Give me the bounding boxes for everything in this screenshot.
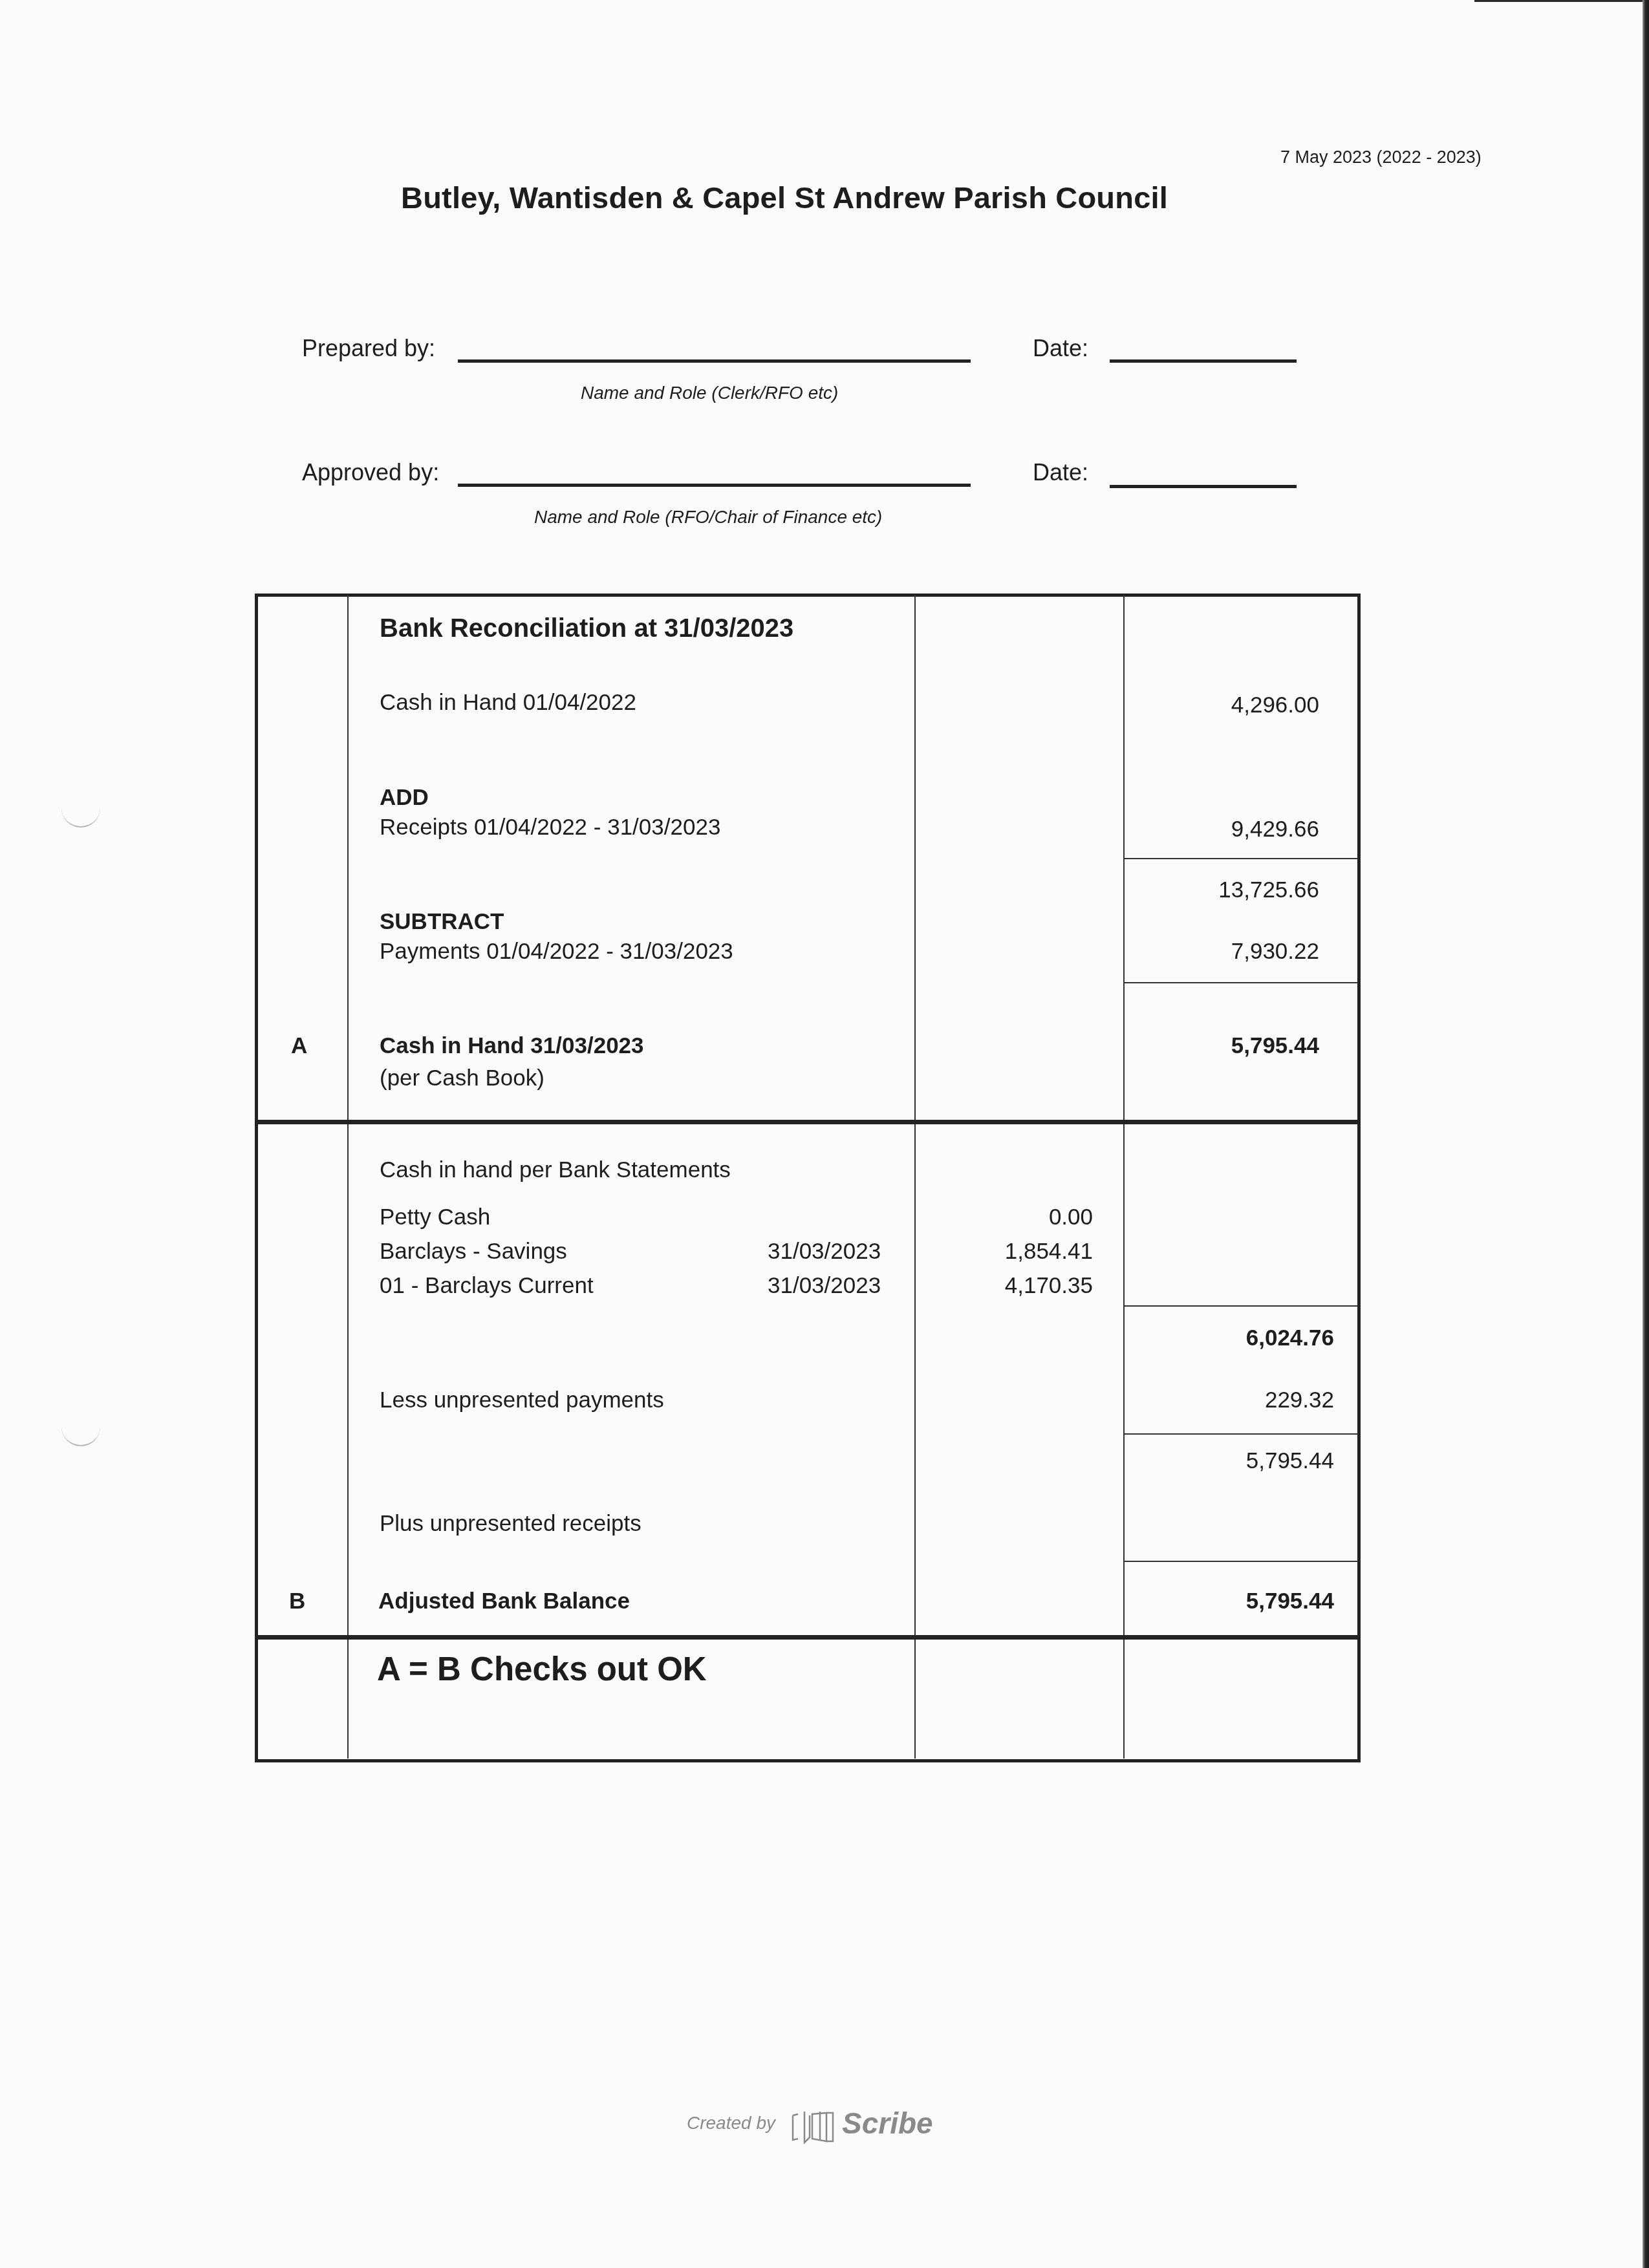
- subtotal-rule: [1124, 1433, 1358, 1435]
- marker-a: A: [291, 1033, 307, 1059]
- prepared-date-label: Date:: [1033, 335, 1088, 362]
- opening-balance-label: Cash in Hand 01/04/2022: [380, 690, 636, 716]
- receipts-amount: 9,429.66: [1231, 817, 1319, 842]
- account-date: 31/03/2023: [768, 1239, 881, 1265]
- subtotal-rule: [1124, 1561, 1358, 1562]
- opening-balance-amount: 4,296.00: [1231, 692, 1319, 718]
- section-divider: [256, 1635, 1358, 1640]
- bank-statements-heading: Cash in hand per Bank Statements: [380, 1157, 731, 1183]
- prepared-date-field[interactable]: [1110, 359, 1297, 363]
- prepared-by-label: Prepared by:: [302, 335, 435, 362]
- account-date: 31/03/2023: [768, 1273, 881, 1299]
- unpresented-payments-label: Less unpresented payments: [380, 1387, 664, 1413]
- cash-book-label: Cash in Hand 31/03/2023: [380, 1033, 644, 1059]
- unpresented-payments-amount: 229.32: [1265, 1387, 1334, 1413]
- marker-b: B: [289, 1589, 305, 1614]
- approved-date-label: Date:: [1033, 459, 1088, 486]
- subtract-heading: SUBTRACT: [380, 909, 504, 935]
- cash-book-amount: 5,795.44: [1231, 1033, 1319, 1059]
- subtotal-rule: [1124, 1305, 1358, 1307]
- date-stamp: 7 May 2023 (2022 - 2023): [1280, 147, 1482, 167]
- subtotal-rule: [1124, 858, 1358, 859]
- punch-hole: [61, 1419, 100, 1446]
- adjusted-balance-amount: 5,795.44: [1246, 1589, 1334, 1614]
- punch-hole: [61, 800, 100, 828]
- page-title: Butley, Wantisden & Capel St Andrew Pari…: [401, 180, 1168, 215]
- subtotal-amount: 13,725.66: [1218, 877, 1319, 903]
- created-by-label: Created by: [687, 2113, 775, 2134]
- column-divider: [347, 595, 349, 1759]
- check-result: A = B Checks out OK: [377, 1650, 707, 1688]
- section-divider: [256, 1120, 1358, 1124]
- account-name: 01 - Barclays Current: [380, 1273, 594, 1299]
- scan-edge: [1643, 0, 1649, 2268]
- approved-by-label: Approved by:: [302, 459, 439, 486]
- scribe-brand: Scribe: [842, 2106, 933, 2141]
- account-amount: 1,854.41: [1005, 1239, 1093, 1265]
- approved-date-field[interactable]: [1110, 485, 1297, 488]
- scribe-logo-icon: [790, 2108, 837, 2150]
- adjusted-balance-label: Adjusted Bank Balance: [378, 1589, 630, 1614]
- account-amount: 0.00: [1049, 1204, 1093, 1230]
- payments-amount: 7,930.22: [1231, 939, 1319, 965]
- accounts-total: 6,024.76: [1246, 1325, 1334, 1351]
- prepared-by-field[interactable]: [458, 359, 971, 363]
- subtotal-rule: [1124, 982, 1358, 983]
- column-divider: [914, 595, 916, 1759]
- receipts-label: Receipts 01/04/2022 - 31/03/2023: [380, 815, 720, 840]
- approved-by-field[interactable]: [458, 484, 971, 487]
- unpresented-receipts-label: Plus unpresented receipts: [380, 1511, 641, 1537]
- add-heading: ADD: [380, 785, 429, 811]
- account-amount: 4,170.35: [1005, 1273, 1093, 1299]
- prepared-by-caption: Name and Role (Clerk/RFO etc): [581, 383, 838, 403]
- cash-book-sublabel: (per Cash Book): [380, 1065, 544, 1091]
- account-name: Petty Cash: [380, 1204, 490, 1230]
- payments-label: Payments 01/04/2022 - 31/03/2023: [380, 939, 733, 965]
- column-divider: [1123, 595, 1125, 1759]
- account-name: Barclays - Savings: [380, 1239, 567, 1265]
- after-payments-amount: 5,795.44: [1246, 1448, 1334, 1474]
- approved-by-caption: Name and Role (RFO/Chair of Finance etc): [534, 507, 882, 528]
- scan-edge-top: [1474, 0, 1643, 2]
- reconciliation-heading: Bank Reconciliation at 31/03/2023: [380, 614, 793, 643]
